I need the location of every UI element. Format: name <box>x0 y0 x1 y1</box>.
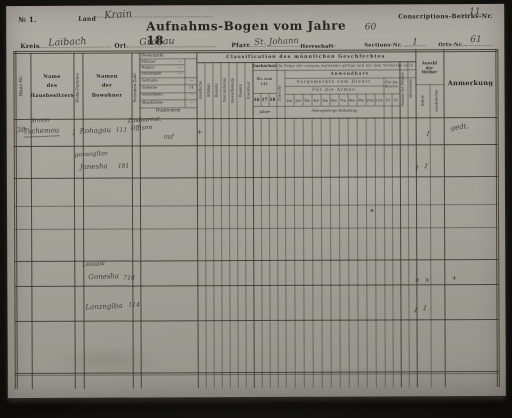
entry7-tally-2: 1 <box>422 304 428 314</box>
grid-vline <box>392 93 394 387</box>
form-number: № 1. <box>18 15 37 24</box>
orts-value-handwritten: 61 <box>470 35 481 45</box>
nachschau-age-cells <box>6 4 504 6</box>
grid-hline <box>15 319 499 322</box>
weiber-group-title: Anzahl der Weiber <box>415 54 443 82</box>
seelenzahl-row-value: — <box>190 93 194 100</box>
grid-hline <box>14 176 498 179</box>
age-class-cell: 10te <box>366 94 375 105</box>
col-label-occupation: Adelige <box>204 64 212 116</box>
paper-smudge <box>48 345 168 376</box>
grid-vline <box>497 49 499 387</box>
entry2-number: 181 <box>118 163 129 171</box>
entry-bewohner-number: 111 <box>116 127 127 135</box>
seelenzahl-row-label: Abgefallene <box>142 100 164 107</box>
classification-reserve-line2: Reserve <box>385 85 399 89</box>
nachschau-age-cell: 17 <box>261 94 269 106</box>
grid-hline <box>14 117 498 120</box>
age-class-cell: 2te <box>294 95 303 106</box>
col-label-wohnparteien: Wohn-Parteien <box>73 61 82 116</box>
seelenzahl-row-label: Männer <box>141 59 155 65</box>
age-class-cell: 5te <box>321 95 330 106</box>
age-class-cell: 8te <box>348 95 357 106</box>
reserve-sub-cell: 20 <box>392 94 400 105</box>
entry-note-line3: auf <box>164 133 174 141</box>
entry-anmerkung-note: gedt. <box>450 122 469 133</box>
nachschau-note-line2: 14t. <box>260 81 268 86</box>
seelenzahl-row-b: Abgefallene— <box>142 100 194 107</box>
grid-vline <box>269 118 271 388</box>
entry2-name-line2: Janesha <box>80 162 108 172</box>
age-class-cell: 6te <box>330 95 339 106</box>
orts-rule <box>464 45 492 46</box>
year-value-handwritten: 60 <box>365 22 376 32</box>
entry2-name-line1: gansogllan <box>75 150 108 159</box>
kreis-label: Kreis <box>20 43 39 51</box>
age-class-cell: 4te <box>312 95 321 106</box>
grid-vline <box>321 118 323 388</box>
kreis-value-handwritten: Laibach <box>48 36 87 48</box>
weiber-sub-columns <box>6 4 504 6</box>
seelenzahl-row-a: Zusammen— <box>141 71 182 77</box>
seelenzahl-row-value: — <box>179 71 183 77</box>
age-class-cell: 9te <box>357 95 366 106</box>
conscription-value-handwritten: 11 <box>469 7 480 17</box>
occupation-columns <box>6 4 504 6</box>
seelenzahl-row-a: Weiber— <box>141 65 182 71</box>
seelenzahl-row-value: — <box>190 78 194 85</box>
grid-vline <box>348 118 350 388</box>
grid-hline <box>14 204 498 207</box>
land-value-handwritten: Krain <box>104 9 132 22</box>
ink-blot <box>370 208 374 212</box>
seelenzahl-footer: Duplicaten <box>140 108 197 114</box>
entry-owner-line2: Tschemou <box>24 126 60 137</box>
sections-value-handwritten: 1 <box>412 37 417 47</box>
seelenzahl-row-label: Weiber <box>141 65 154 71</box>
entry-owner-line1: Simon <box>30 116 50 125</box>
nachschau-age-cell: 16 <box>253 94 261 106</box>
age-class-cell: 3te <box>303 95 312 106</box>
grid-vline <box>383 77 385 387</box>
col-label-hausbesitzer-line3: Hausbesitzers <box>30 92 74 102</box>
grid-hline <box>14 144 498 147</box>
grid-vline <box>303 118 305 388</box>
grid-hline <box>14 259 498 262</box>
entry7-name: Lanzngiba <box>85 302 122 313</box>
nachschau-note: Bis zum 14t. <box>252 71 276 92</box>
nachschau-age-cell: 18 <box>269 94 277 106</box>
anmerkung-header: Anmerkung <box>443 76 497 90</box>
grid-vline <box>312 118 314 388</box>
col-label-bewohner-line2: der <box>102 82 112 92</box>
seelenzahl-row-label: Zusammen <box>141 72 161 78</box>
col-label-occupation: Geistliche <box>196 64 204 116</box>
seelenzahl-row-a: Männer— <box>141 59 182 65</box>
grid-vline <box>443 49 445 387</box>
seelenzahl-row-b: Geborne14 <box>141 85 193 92</box>
col-label-hausbesitzer: Name des Hausbesitzers <box>30 64 73 110</box>
age-class-cells <box>6 4 504 6</box>
grid-hline <box>14 284 498 287</box>
weiber-title-line3: Weiber <box>422 71 438 76</box>
seelenzahl-row-value: — <box>179 65 183 71</box>
col-label-personen-zahl: Personen-Zahl <box>131 61 139 116</box>
col-label-zuwachs: Zuwachs <box>276 71 284 116</box>
grid-vline <box>375 117 377 387</box>
classification-age-footer: Altersgehörige Abtheilung <box>285 106 384 116</box>
entry6-anmerkung-mark: + <box>451 274 457 283</box>
weiber-sub-column-label: ledige <box>415 85 429 116</box>
grid-hline <box>14 227 498 230</box>
entry7-number: 114 <box>128 302 139 310</box>
age-class-cell: 11te <box>375 94 384 105</box>
entry-bewohner-name: Rohagau <box>80 126 112 136</box>
entry2-tally-2: 1 <box>423 162 429 172</box>
col-label-hausbesitzer-line2: des <box>47 82 57 92</box>
grid-vline <box>429 84 431 387</box>
col-label-bewohner-line1: Namen <box>96 72 117 82</box>
col-label-bewohner-line3: Bewohner <box>92 91 123 101</box>
seelenzahl-row-value: — <box>190 100 194 107</box>
scanned-form-paper: № 1. Land Krain Conscriptions-Bezirks-Nr… <box>6 4 506 398</box>
seelenzahl-row-label: Getraute <box>141 78 157 85</box>
orts-label: Orts-Nr. <box>438 42 463 49</box>
grid-vline <box>357 118 359 388</box>
col-label-occupation: Inwohner <box>244 64 252 116</box>
seelenzahl-row-value: — <box>179 59 183 65</box>
nachschau-unit: Jahre <box>253 107 277 117</box>
age-class-cell: 1te <box>285 95 294 106</box>
seelenzahl-row-label: Gestorbene <box>142 93 163 100</box>
reserve-sub-cells <box>6 4 504 6</box>
seelenzahl-row-b: Gestorbene— <box>142 93 194 100</box>
ort-label: Ort <box>114 43 126 51</box>
seelenzahl-row-label: Geborne <box>141 85 157 92</box>
sections-label: Sections-Nr. <box>364 42 402 49</box>
seelenzahl-row-b: Getraute— <box>141 78 193 85</box>
grid-vline <box>261 118 263 388</box>
col-label-occupation: Gewerbsleute <box>228 64 236 116</box>
ort-value-handwritten: Grakau <box>139 36 175 48</box>
seelenzahl-row-value: 14 <box>189 85 194 92</box>
grid-vline <box>294 118 296 388</box>
classification-reserve: Für die Reserve <box>383 78 399 92</box>
reserve-sub-cell: 19 <box>384 94 392 105</box>
scan-background: { "colors":{"paper":"#a6a39b","ink_print… <box>0 0 512 418</box>
col-label-hausbesitzer-line1: Name <box>43 73 61 83</box>
col-label-bewohner: Namen der Bewohner <box>82 64 131 110</box>
weiber-sub-column-label: verehelichte <box>429 85 443 116</box>
col-label-occupation: Bauern <box>236 64 244 116</box>
grid-vline <box>366 118 368 388</box>
entry6-name-line2: Gonesha <box>88 272 119 282</box>
grid-vline <box>339 118 341 388</box>
grid-vline <box>330 118 332 388</box>
entry-note-line2: Offison <box>130 124 152 133</box>
pfarr-value-handwritten: St. Johann <box>254 36 299 48</box>
col-label-occupation: Honoratioren <box>220 64 228 116</box>
age-class-cell: 7te <box>339 95 348 106</box>
col-label-occupation: Beamte <box>212 64 220 116</box>
